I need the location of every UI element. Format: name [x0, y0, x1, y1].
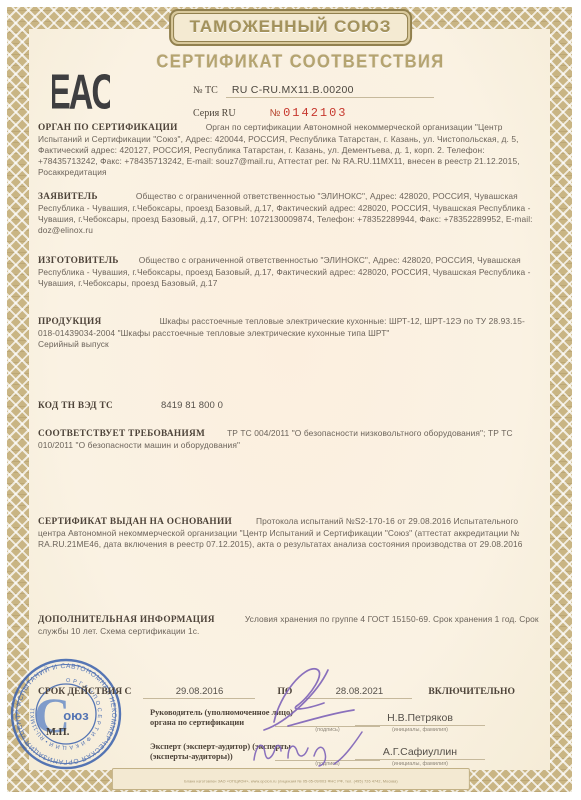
section-tnved-code: КОД ТН ВЭД ТС8419 81 800 0: [38, 400, 540, 412]
validity-label: СРОК ДЕЙСТВИЯ С: [38, 686, 131, 697]
series-no-sign: №: [270, 108, 281, 119]
section-label: ОРГАН ПО СЕРТИФИКАЦИИ: [38, 123, 178, 133]
section-manufacturer: ИЗГОТОВИТЕЛЬОбщество с ограниченной отве…: [38, 255, 540, 289]
section-label: ДОПОЛНИТЕЛЬНАЯ ИНФОРМАЦИЯ: [38, 615, 215, 625]
certificate-body: ОРГАН ПО СЕРТИФИКАЦИИОрган по сертификац…: [38, 122, 540, 637]
microtext-line: Бланк изготовлен ЗАО «ОПЦИОН», www.opcio…: [184, 780, 397, 784]
head-handwritten-signature: [258, 658, 368, 739]
section-text: Общество с ограниченной ответственностью…: [38, 191, 533, 235]
certificate-number-row: № ТСRU C-RU.MX11.B.00200: [193, 84, 434, 98]
section-label: ЗАЯВИТЕЛЬ: [38, 192, 98, 202]
section-additional-info: ДОПОЛНИТЕЛЬНАЯ ИНФОРМАЦИЯУсловия хранени…: [38, 614, 540, 637]
eac-letters: EAC: [52, 68, 110, 119]
customs-union-banner: ТАМОЖЕННЫЙ СОЮЗ: [169, 9, 413, 46]
stamp-center-small-text: оюз: [63, 708, 89, 723]
section-label: ПРОДУКЦИЯ: [38, 317, 102, 327]
validity-date-from: 29.08.2016: [143, 686, 255, 699]
series-label: Серия RU: [193, 108, 236, 119]
validity-inclusive-label: ВКЛЮЧИТЕЛЬНО: [428, 686, 515, 697]
section-complies-with: СООТВЕТСТВУЕТ ТРЕБОВАНИЯМТР ТС 004/2011 …: [38, 428, 540, 451]
form-imprint-microtext: Бланк изготовлен ЗАО «ОПЦИОН», www.opcio…: [111, 768, 469, 790]
section-text-line2: Серийный выпуск: [38, 339, 540, 350]
round-stamp: АВТОНОМНАЯ НЕКОММЕРЧЕСКАЯ ОРГАНИЗАЦИЯ «Ц…: [8, 656, 124, 772]
section-product: ПРОДУКЦИЯШкафы расстоечные тепловые элек…: [38, 316, 540, 350]
certificate-title: СЕРТИФИКАТ СООТВЕТСТВИЯ: [67, 51, 534, 73]
no-tc-label: № ТС: [193, 85, 218, 96]
section-applicant: ЗАЯВИТЕЛЬОбщество с ограниченной ответст…: [38, 191, 540, 236]
series-number: 0142103: [283, 106, 347, 120]
certificate-number: RU C-RU.MX11.B.00200: [226, 84, 434, 98]
mp-seal-place-label: М.П.: [46, 727, 69, 738]
banner-title: ТАМОЖЕННЫЙ СОЮЗ: [190, 17, 392, 37]
head-name: Н.В.Петряков: [355, 712, 485, 726]
section-label: ИЗГОТОВИТЕЛЬ: [38, 256, 119, 266]
certificate-page: ТАМОЖЕННЫЙ СОЮЗ EAC СЕРТИФИКАТ СООТВЕТСТ…: [0, 0, 581, 800]
section-text: Шкафы расстоечные тепловые электрические…: [38, 316, 525, 338]
section-label: КОД ТН ВЭД ТС: [38, 401, 113, 411]
section-label: СООТВЕТСТВУЕТ ТРЕБОВАНИЯМ: [38, 429, 205, 439]
section-issued-basis: СЕРТИФИКАТ ВЫДАН НА ОСНОВАНИИПротокола и…: [38, 516, 540, 550]
section-label: СЕРТИФИКАТ ВЫДАН НА ОСНОВАНИИ: [38, 517, 232, 527]
section-certification-body: ОРГАН ПО СЕРТИФИКАЦИИОрган по сертификац…: [38, 122, 540, 178]
series-row: Серия RU№ 0142103: [193, 106, 348, 120]
tnved-code-value: 8419 81 800 0: [161, 400, 223, 411]
customs-union-banner-inner: ТАМОЖЕННЫЙ СОЮЗ: [173, 13, 409, 42]
